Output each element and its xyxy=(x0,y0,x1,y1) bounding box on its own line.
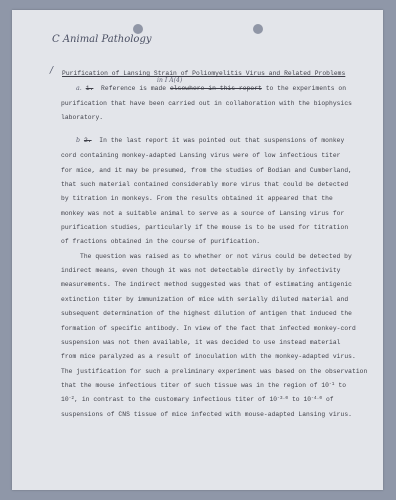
paragraph-c-line-12: suspensions of CNS tissue of mice infect… xyxy=(61,411,352,418)
exponent: -3.0 xyxy=(277,396,288,401)
text-segment: , in contrast to the customary infectiou… xyxy=(74,396,277,403)
text-segment: that the mouse infectious titer of such … xyxy=(61,382,329,389)
paragraph-c-line-1: The question was raised as to whether or… xyxy=(80,253,352,260)
paragraph-c-line-6: formation of specific antibody. In view … xyxy=(61,325,356,332)
paragraph-b-line-1: b 2. In the last report it was pointed o… xyxy=(76,137,344,144)
paragraph-c-line-5: subsequent determination of the highest … xyxy=(61,310,352,317)
paragraph-a-line-3: laboratory. xyxy=(61,114,103,121)
paragraph-c-line-4: extinction titer by immunization of mice… xyxy=(61,296,348,303)
paragraph-a-marker: a. xyxy=(76,85,82,92)
paragraph-c-line-8: from mice paralyzed as a result of inocu… xyxy=(61,353,356,360)
struck-text: elsewhere in this report xyxy=(170,85,262,92)
paragraph-a-line-2: purification that have been carried out … xyxy=(61,100,352,107)
text-segment: to xyxy=(335,382,347,389)
paragraph-b-line-8: of fractions obtained in the course of p… xyxy=(61,238,260,245)
paragraph-c-line-3: measurements. The indirect method sugges… xyxy=(61,281,352,288)
text-segment: Reference is made xyxy=(101,85,170,92)
paragraph-c-line-11: 10-2, in contrast to the customary infec… xyxy=(61,396,334,403)
document-page: C Animal Pathology / Purification of Lan… xyxy=(12,10,383,490)
exponent: -4.0 xyxy=(311,396,322,401)
punch-hole-left xyxy=(133,24,143,34)
text-segment: to 10 xyxy=(288,396,311,403)
paragraph-a-struck-marker: 1. xyxy=(86,85,94,92)
margin-mark: / xyxy=(50,66,53,76)
insert-annotation: in I A(4) xyxy=(157,77,182,84)
paragraph-b-struck-marker: 2. xyxy=(84,137,92,144)
text-segment: of xyxy=(322,396,334,403)
paragraph-c-line-9: The justification for such a preliminary… xyxy=(61,368,367,375)
paragraph-c-line-10: that the mouse infectious titer of such … xyxy=(61,382,346,389)
paragraph-b-line-3: for mice, and it may be presumed, from t… xyxy=(61,167,352,174)
paragraph-b-line-2: cord containing monkey-adapted Lansing v… xyxy=(61,152,341,159)
text-segment: 10 xyxy=(61,396,69,403)
paragraph-b-marker: b xyxy=(76,137,80,144)
text-segment: In the last report it was pointed out th… xyxy=(99,137,344,144)
text-segment: to the experiments on xyxy=(262,85,346,92)
paragraph-b-line-7: purification studies, particularly if th… xyxy=(61,224,348,231)
handwritten-header: C Animal Pathology xyxy=(52,34,152,45)
document-title: Purification of Lansing Strain of Poliom… xyxy=(62,70,345,77)
paragraph-b-line-4: that such material contained considerabl… xyxy=(61,181,348,188)
paragraph-b-line-6: monkey was not a suitable animal to serv… xyxy=(61,210,344,217)
paragraph-c-line-2: indirect means, even though it was not d… xyxy=(61,267,341,274)
paragraph-a-line-1: a. 1. Reference is made elsewhere in thi… xyxy=(76,85,346,92)
punch-hole-right xyxy=(253,24,263,34)
paragraph-b-line-5: by titration in monkeys. From the result… xyxy=(61,195,333,202)
paragraph-c-line-7: suspension was not then available, it wa… xyxy=(61,339,341,346)
